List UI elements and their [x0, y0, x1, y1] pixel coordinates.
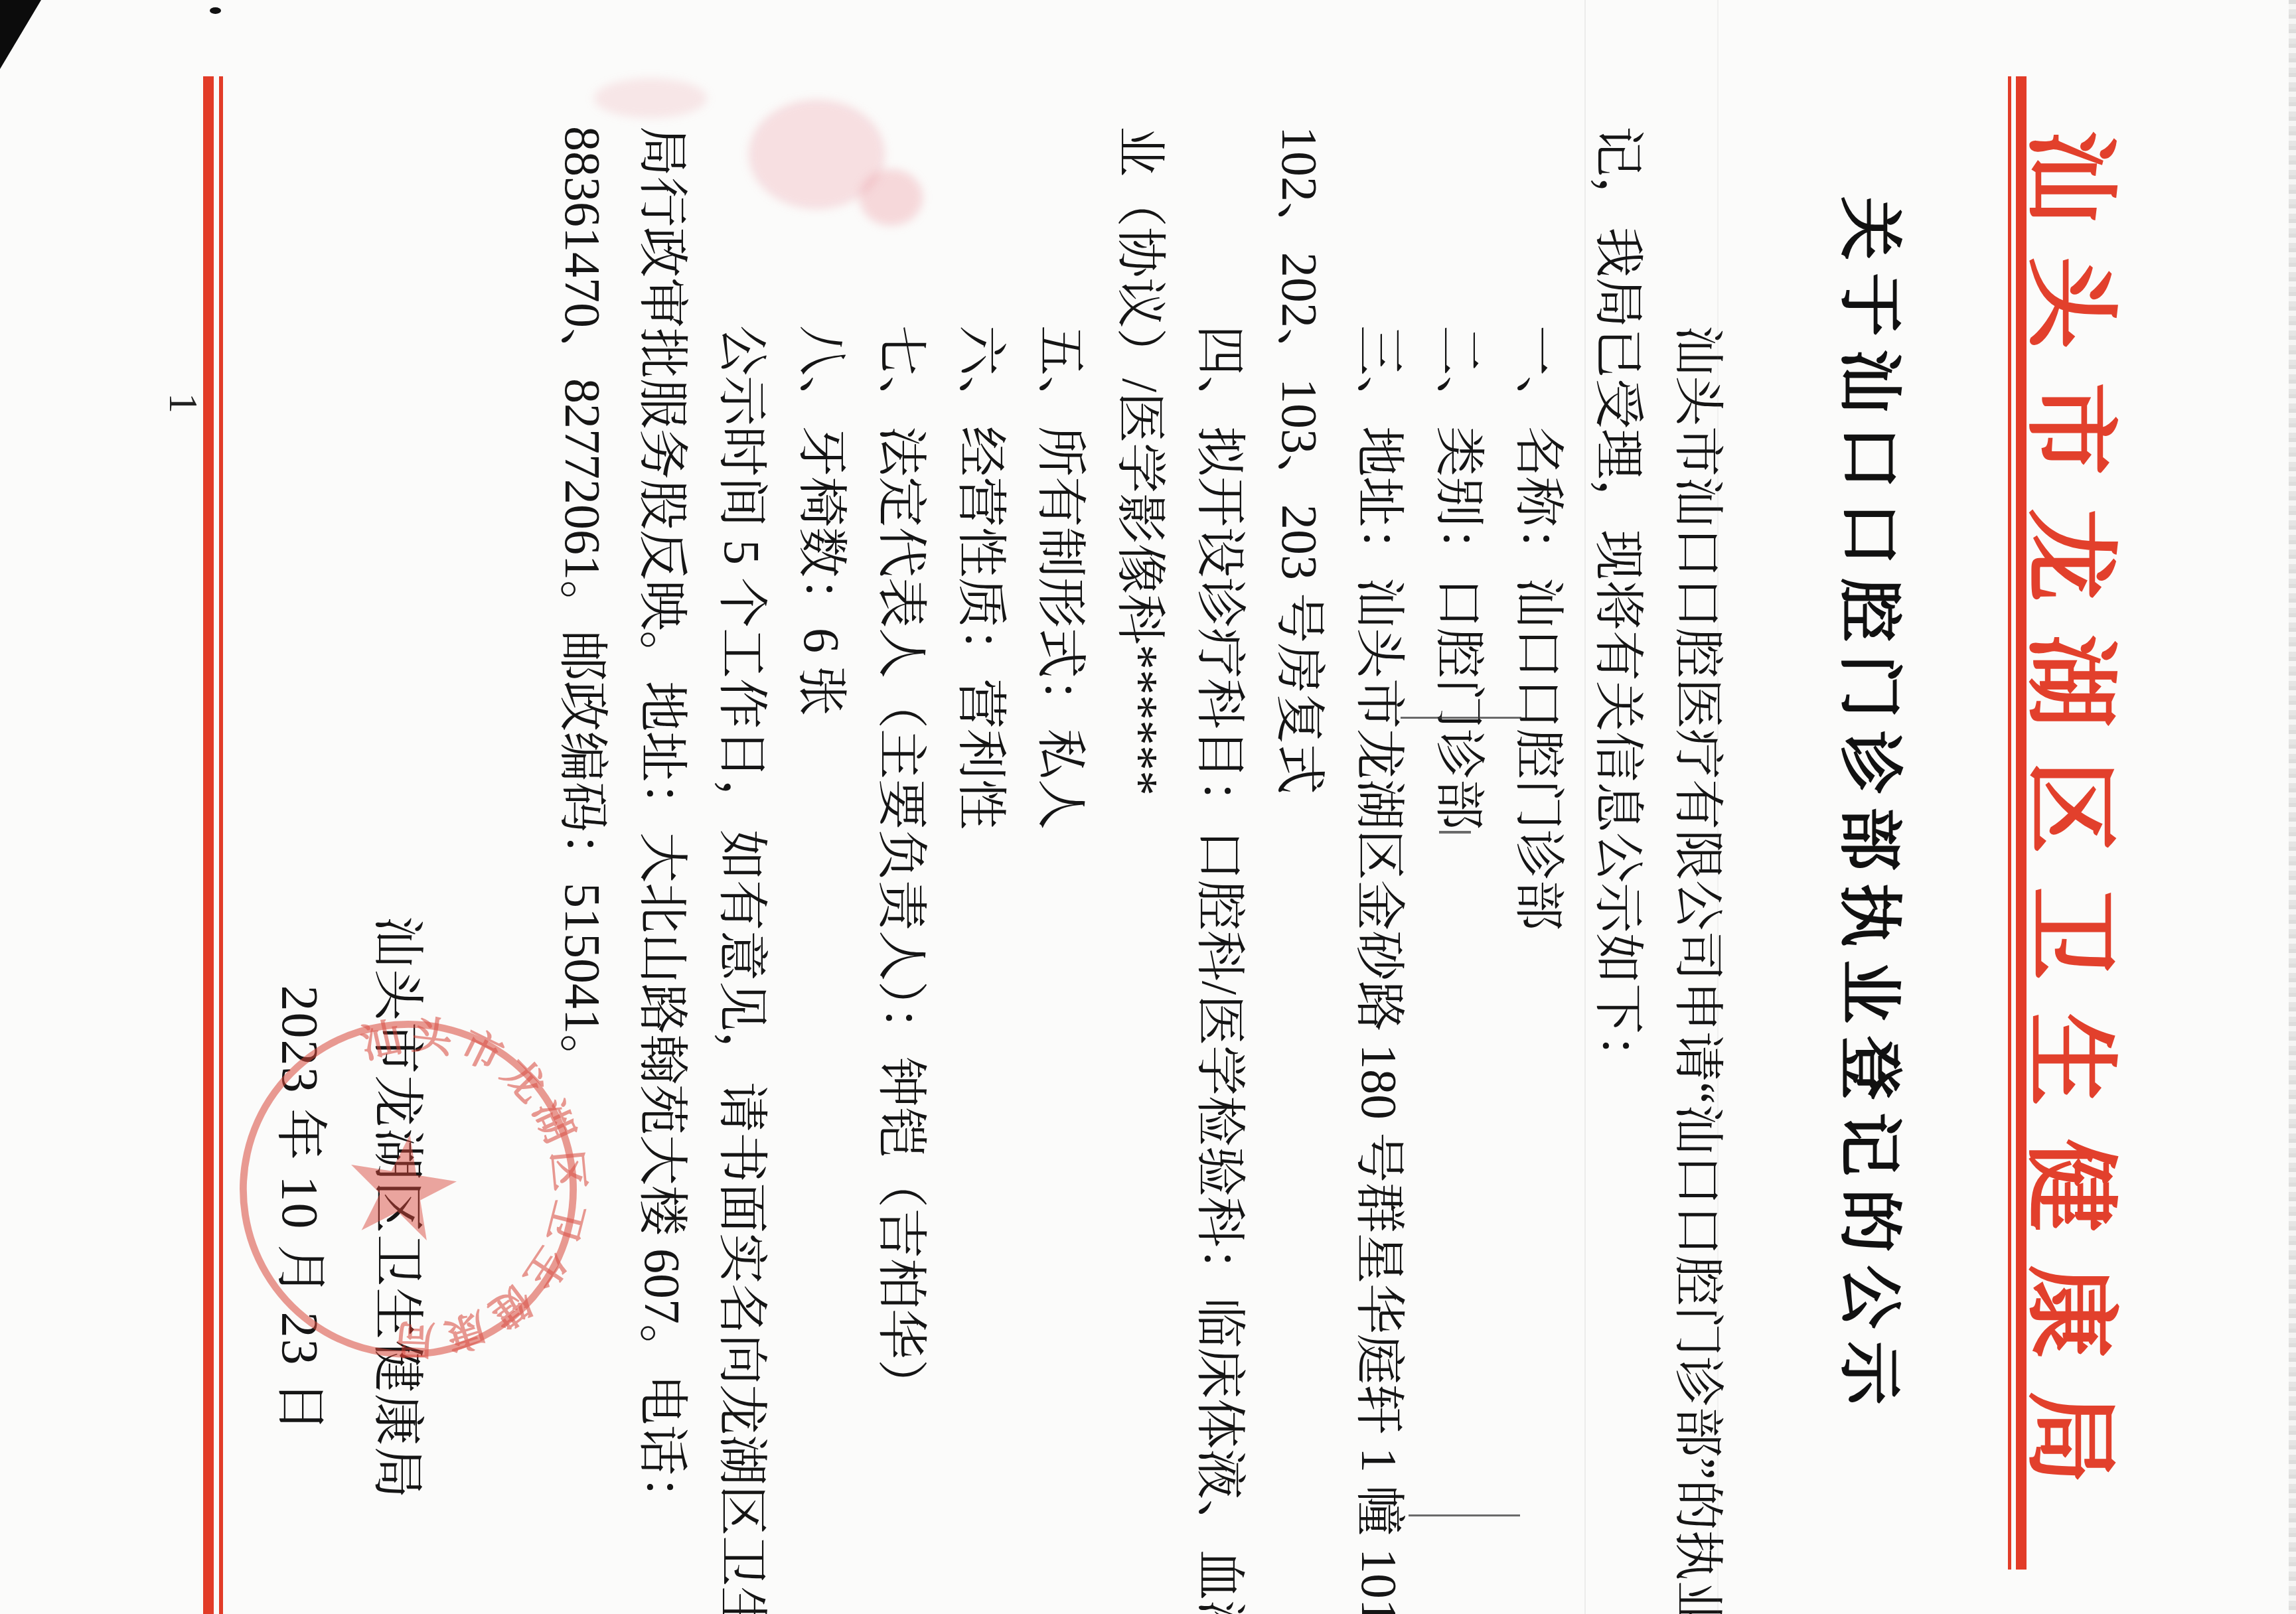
scanner-streak-artifact: [1717, 0, 1719, 1614]
official-seal-stamp: 汕头市龙湖区卫生健康局 ★: [200, 982, 617, 1398]
letterhead-rule-thick: [2016, 76, 2027, 1570]
correction-line-artifact: [1409, 1514, 1520, 1516]
scan-edge-shadow: [2289, 0, 2296, 1614]
letterhead-rule-thin: [2008, 76, 2011, 1570]
correction-line-artifact: [1401, 717, 1521, 719]
seal-star-icon: ★: [317, 1116, 489, 1264]
body-line: 二、类别：口腔门诊部: [1418, 126, 1498, 1614]
body-line: 88361470、82772061。邮政编码：515041。: [542, 126, 622, 1614]
letterhead-agency-title: 汕头市龙湖区卫生健康局: [2011, 0, 2145, 1614]
body-line: 一、名称：汕口口腔门诊部: [1498, 126, 1578, 1614]
page-number: 1: [159, 393, 206, 413]
body-line: 局行政审批服务股反映。地址：大北山路翰苑大楼 607。电话：: [622, 126, 702, 1614]
body-line: 汕头市汕口口腔医疗有限公司申请“汕口口腔门诊部”的执业登: [1657, 126, 1737, 1614]
correction-line-artifact: [1439, 831, 1471, 834]
body-line: 五、所有制形式：私人: [1020, 126, 1100, 1614]
body-line: 七、法定代表人（主要负责人）：钟铠（吉柏华）: [861, 126, 941, 1614]
ink-dot-artifact: [210, 7, 221, 14]
body-line: 公示时间 5 个工作日，如有意见，请书面实名向龙湖区卫生健康: [702, 126, 781, 1614]
body-line: 六、经营性质：营利性: [941, 126, 1020, 1614]
body-line: 记，我局已受理，现将有关信息公示如下：: [1578, 126, 1657, 1614]
footer-rule-thin: [219, 76, 223, 1614]
body-line: 102、202、103、203 号房复式: [1259, 126, 1339, 1614]
notice-body: 汕头市汕口口腔医疗有限公司申请“汕口口腔门诊部”的执业登 记，我局已受理，现将有…: [542, 126, 1737, 1614]
body-line: 四、拟开设诊疗科目：口腔科/医学检验科：临床体液、血液专: [1180, 126, 1259, 1614]
stamp-ink-smudge: [860, 169, 923, 226]
notice-title: 关于汕口口腔门诊部执业登记的公示: [1829, 0, 1920, 1614]
scanner-streak-artifact: [1584, 0, 1586, 1614]
scanned-document-screenshot: 汕头市龙湖区卫生健康局 关于汕口口腔门诊部执业登记的公示 汕头市汕口口腔医疗有限…: [0, 0, 2296, 1614]
body-line: 三、地址：汕头市龙湖区金砂路 180 号群星华庭轩 1 幢 101、201、: [1339, 126, 1418, 1614]
footer-rule-thick: [203, 76, 214, 1614]
body-line: 业（协议）/医学影像科******: [1100, 126, 1180, 1614]
body-line: 八、牙椅数：6 张: [781, 126, 861, 1614]
stamp-ink-smudge: [594, 78, 707, 118]
document-page: 汕头市龙湖区卫生健康局 关于汕口口腔门诊部执业登记的公示 汕头市汕口口腔医疗有限…: [0, 0, 2296, 1614]
